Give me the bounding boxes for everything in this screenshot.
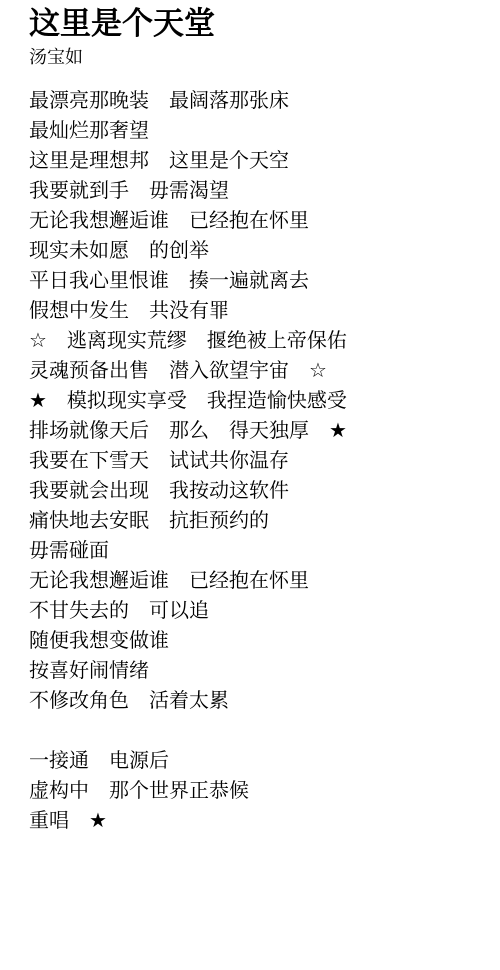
lyric-line-repeat-marker: 重唱 ★	[29, 805, 480, 835]
lyric-line-blank	[29, 715, 480, 745]
lyric-line: 现实未如愿 的创举	[29, 235, 480, 265]
lyric-line: 假想中发生 共没有罪	[29, 295, 480, 325]
lyric-line: 我要就到手 毋需渴望	[29, 175, 480, 205]
lyric-line: 平日我心里恨谁 揍一遍就离去	[29, 265, 480, 295]
lyric-line: 一接通 电源后	[29, 745, 480, 775]
lyric-line: 毋需碰面	[29, 535, 480, 565]
lyric-line: 我要就会出现 我按动这软件	[29, 475, 480, 505]
lyric-line: 这里是理想邦 这里是个天空	[29, 145, 480, 175]
lyric-line-chorus2-end: 排场就像天后 那么 得天独厚 ★	[29, 415, 480, 445]
song-artist: 汤宝如	[29, 47, 480, 69]
lyric-line: 痛快地去安眠 抗拒预约的	[29, 505, 480, 535]
lyric-line: 不甘失去的 可以追	[29, 595, 480, 625]
lyrics-block: 最漂亮那晚装 最阔落那张床 最灿烂那奢望 这里是理想邦 这里是个天空 我要就到手…	[29, 85, 480, 835]
lyric-line: 按喜好闹情绪	[29, 655, 480, 685]
lyric-line-chorus-start: ☆ 逃离现实荒缪 揠绝被上帝保佑	[29, 325, 480, 355]
lyric-line: 最漂亮那晚装 最阔落那张床	[29, 85, 480, 115]
lyric-line: 随便我想变做谁	[29, 625, 480, 655]
lyric-line: 我要在下雪天 试试共你温存	[29, 445, 480, 475]
song-title: 这里是个天堂	[29, 5, 480, 43]
lyric-line: 无论我想邂逅谁 已经抱在怀里	[29, 205, 480, 235]
lyric-line-chorus2-start: ★ 模拟现实享受 我捏造愉快感受	[29, 385, 480, 415]
lyric-line: 无论我想邂逅谁 已经抱在怀里	[29, 565, 480, 595]
lyric-line: 最灿烂那奢望	[29, 115, 480, 145]
lyric-line: 虚构中 那个世界正恭候	[29, 775, 480, 805]
lyric-line: 不修改角色 活着太累	[29, 685, 480, 715]
lyric-line-chorus-end: 灵魂预备出售 潜入欲望宇宙 ☆	[29, 355, 480, 385]
